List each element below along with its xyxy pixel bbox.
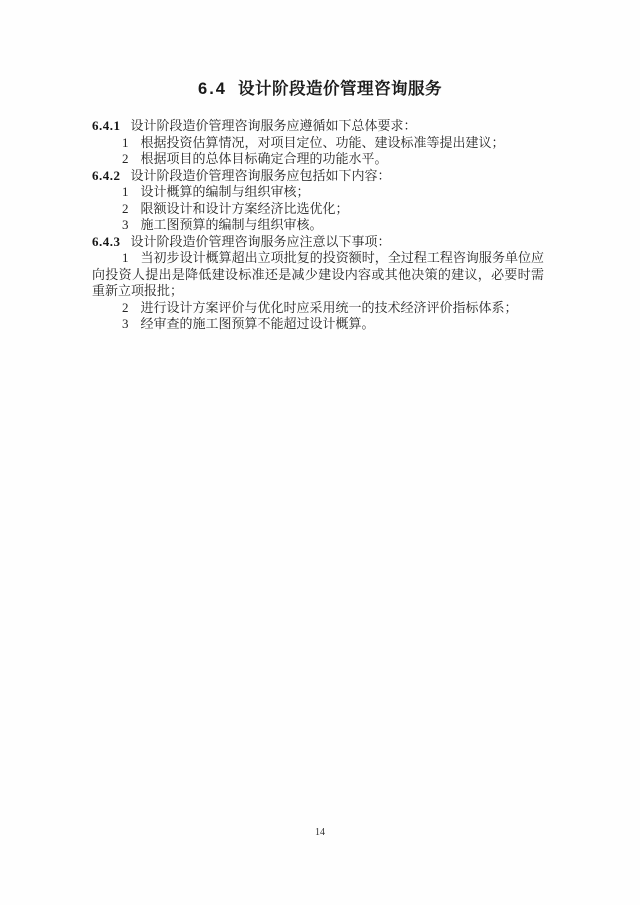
item-text: 施工图预算的编制与组织审核。 <box>141 217 323 232</box>
item-text: 设计概算的编制与组织审核； <box>141 184 310 199</box>
clause-heading-6-4-1: 6.4.1设计阶段造价管理咨询服务应遵循如下总体要求： <box>92 118 544 135</box>
item-text: 经审查的施工图预算不能超过设计概算。 <box>141 316 375 331</box>
clause-number: 6.4.1 <box>92 118 121 133</box>
item-number: 1 <box>122 250 129 265</box>
clause-item: 2根据项目的总体目标确定合理的功能水平。 <box>92 151 544 168</box>
clause-item: 1当初步设计概算超出立项批复的投资额时，全过程工程咨询服务单位应向投资人提出是降… <box>92 250 544 300</box>
clause-item: 2进行设计方案评价与优化时应采用统一的技术经济评价指标体系； <box>92 300 544 317</box>
clause-number: 6.4.2 <box>92 168 121 183</box>
item-number: 1 <box>122 135 129 150</box>
item-number: 2 <box>122 151 129 166</box>
item-number: 2 <box>122 201 129 216</box>
page-footer: 14 <box>0 826 640 840</box>
item-text: 根据项目的总体目标确定合理的功能水平。 <box>141 151 388 166</box>
item-number: 1 <box>122 184 129 199</box>
item-text: 进行设计方案评价与优化时应采用统一的技术经济评价指标体系； <box>141 300 518 315</box>
clause-item: 2限额设计和设计方案经济比选优化； <box>92 201 544 218</box>
item-number: 3 <box>122 217 129 232</box>
item-text: 当初步设计概算超出立项批复的投资额时，全过程工程咨询服务单位应向投资人提出是降低… <box>92 250 544 298</box>
section-title: 6.4设计阶段造价管理咨询服务 <box>0 0 640 99</box>
clause-item: 1根据投资估算情况，对项目定位、功能、建设标准等提出建议； <box>92 135 544 152</box>
document-page: 6.4设计阶段造价管理咨询服务 6.4.1设计阶段造价管理咨询服务应遵循如下总体… <box>0 0 640 905</box>
item-number: 2 <box>122 300 129 315</box>
section-title-text: 设计阶段造价管理咨询服务 <box>238 80 442 98</box>
clause-heading-text: 设计阶段造价管理咨询服务应遵循如下总体要求： <box>131 118 417 133</box>
clause-item: 3经审查的施工图预算不能超过设计概算。 <box>92 316 544 333</box>
clause-heading-6-4-2: 6.4.2设计阶段造价管理咨询服务应包括如下内容： <box>92 168 544 185</box>
clause-heading-text: 设计阶段造价管理咨询服务应注意以下事项： <box>131 234 391 249</box>
item-number: 3 <box>122 316 129 331</box>
clause-number: 6.4.3 <box>92 234 121 249</box>
clause-item: 3施工图预算的编制与组织审核。 <box>92 217 544 234</box>
page-number: 14 <box>315 827 325 838</box>
document-body: 6.4.1设计阶段造价管理咨询服务应遵循如下总体要求： 1根据投资估算情况，对项… <box>92 118 544 333</box>
section-title-number: 6.4 <box>198 80 227 98</box>
clause-item: 1设计概算的编制与组织审核； <box>92 184 544 201</box>
item-text: 限额设计和设计方案经济比选优化； <box>141 201 349 216</box>
item-text: 根据投资估算情况，对项目定位、功能、建设标准等提出建议； <box>141 135 505 150</box>
clause-heading-text: 设计阶段造价管理咨询服务应包括如下内容： <box>131 168 391 183</box>
clause-heading-6-4-3: 6.4.3设计阶段造价管理咨询服务应注意以下事项： <box>92 234 544 251</box>
